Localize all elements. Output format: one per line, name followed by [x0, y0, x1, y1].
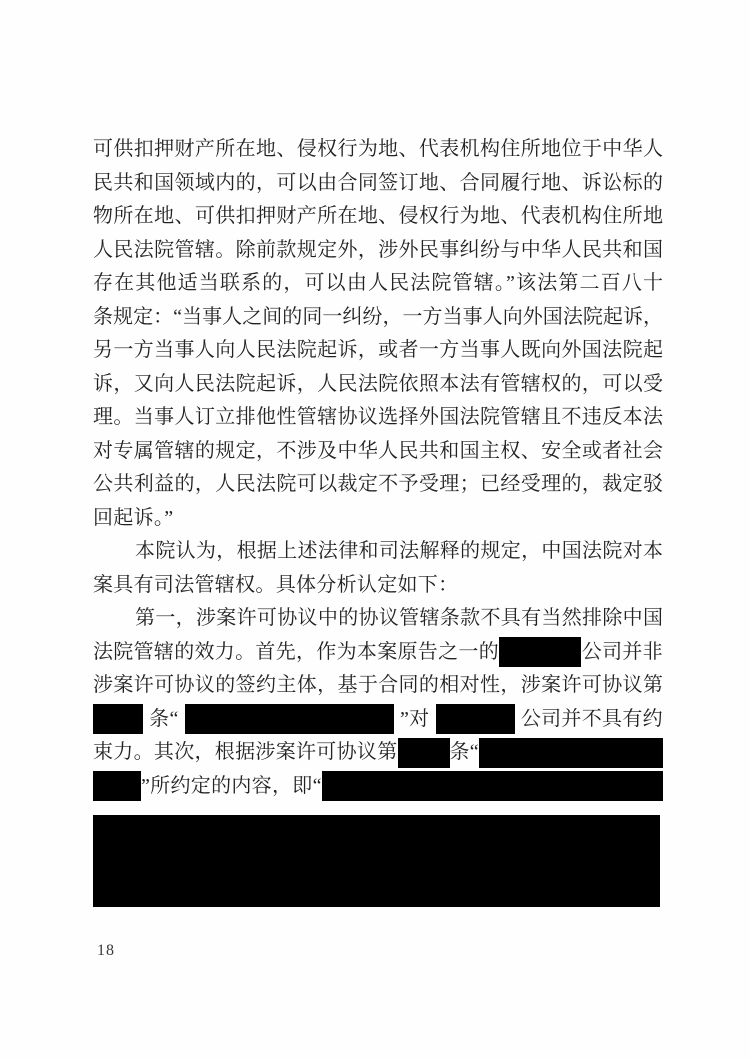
- text-line: 对专属管辖的规定，不涉及中华人民共和国主权、安全或者社会: [93, 435, 663, 469]
- redaction-box: [398, 738, 450, 768]
- text-segment: 存在其他适当联系的，可以由人民法院管辖。”该法第二百八十: [93, 272, 663, 294]
- text-line: 物所在地、可供扣押财产所在地、侵权行为地、代表机构住所地: [93, 200, 663, 234]
- text-segment: 物所在地、可供扣押财产所在地、侵权行为地、代表机构住所地: [93, 205, 663, 227]
- text-line: 存在其他适当联系的，可以由人民法院管辖。”该法第二百八十: [93, 267, 663, 301]
- text-line: 本院认为，根据上述法律和司法解释的规定，中国法院对本: [93, 535, 663, 569]
- text-line: 人民法院管辖。除前款规定外，涉外民事纠纷与中华人民共和国: [93, 234, 663, 268]
- redaction-box: [499, 637, 581, 667]
- page-number: 18: [97, 940, 115, 962]
- redaction-block: [93, 815, 660, 907]
- text-segment: 第一，涉案许可协议中的协议管辖条款不具有当然排除中国: [135, 607, 663, 629]
- text-segment: 另一方当事人向人民法院起诉，或者一方当事人既向外国法院起: [93, 339, 663, 361]
- text-line: 涉案许可协议的签约主体，基于合同的相对性，涉案许可协议第: [93, 669, 663, 703]
- text-line: 另一方当事人向人民法院起诉，或者一方当事人既向外国法院起: [93, 334, 663, 368]
- text-line: 束力。其次，根据涉案许可协议第条“: [93, 736, 663, 770]
- redaction-box: [93, 771, 141, 801]
- text-line: 可供扣押财产所在地、侵权行为地、代表机构住所地位于中华人: [93, 133, 663, 167]
- text-segment: 本院认为，根据上述法律和司法解释的规定，中国法院对本: [135, 540, 663, 562]
- text-line: 诉，又向人民法院起诉，人民法院依照本法有管辖权的，可以受: [93, 368, 663, 402]
- text-segment: 条“: [450, 736, 479, 770]
- text-segment: ”对: [400, 703, 429, 737]
- redaction-box: [322, 771, 663, 801]
- text-segment: 民共和国领域内的，可以由合同签订地、合同履行地、诉讼标的: [93, 172, 663, 194]
- text-segment: 公司并不具有约: [521, 703, 663, 737]
- redaction-box: [185, 704, 394, 734]
- text-line: 公共利益的，人民法院可以裁定不予受理；已经受理的，裁定驳: [93, 468, 663, 502]
- redaction-box: [93, 704, 143, 734]
- text-segment: 可供扣押财产所在地、侵权行为地、代表机构住所地位于中华人: [93, 138, 663, 160]
- text-segment: 人民法院管辖。除前款规定外，涉外民事纠纷与中华人民共和国: [93, 239, 663, 261]
- text-line: 案具有司法管辖权。具体分析认定如下：: [93, 569, 663, 603]
- body-text-block: 可供扣押财产所在地、侵权行为地、代表机构住所地位于中华人民共和国领域内的，可以由…: [93, 133, 663, 803]
- text-segment: 对专属管辖的规定，不涉及中华人民共和国主权、安全或者社会: [93, 440, 663, 462]
- text-segment: 诉，又向人民法院起诉，人民法院依照本法有管辖权的，可以受: [93, 373, 663, 395]
- text-segment: 束力。其次，根据涉案许可协议第: [93, 736, 398, 770]
- text-line: ”所约定的内容，即“: [93, 770, 663, 804]
- text-line: 条“”对公司并不具有约: [93, 703, 663, 737]
- text-segment: ”所约定的内容，即“: [141, 770, 322, 804]
- text-line: 第一，涉案许可协议中的协议管辖条款不具有当然排除中国: [93, 602, 663, 636]
- text-segment: 理。当事人订立排他性管辖协议选择外国法院管辖且不违反本法: [93, 406, 663, 428]
- text-line: 民共和国领域内的，可以由合同签订地、合同履行地、诉讼标的: [93, 167, 663, 201]
- document-page: 可供扣押财产所在地、侵权行为地、代表机构住所地位于中华人民共和国领域内的，可以由…: [0, 0, 750, 1061]
- text-segment: 条规定：“当事人之间的同一纠纷，一方当事人向外国法院起诉，: [93, 306, 663, 328]
- text-segment: 公共利益的，人民法院可以裁定不予受理；已经受理的，裁定驳: [93, 473, 663, 495]
- text-line: 条规定：“当事人之间的同一纠纷，一方当事人向外国法院起诉，: [93, 301, 663, 335]
- text-line: 理。当事人订立排他性管辖协议选择外国法院管辖且不违反本法: [93, 401, 663, 435]
- text-segment: 案具有司法管辖权。具体分析认定如下：: [93, 574, 458, 596]
- text-segment: 条“: [149, 703, 178, 737]
- text-segment: 法院管辖的效力。首先，作为本案原告之一的: [93, 636, 499, 670]
- text-line: 回起诉。”: [93, 502, 663, 536]
- text-segment: 回起诉。”: [93, 507, 173, 529]
- redaction-box: [436, 704, 515, 734]
- redaction-box: [479, 738, 663, 768]
- text-segment: 涉案许可协议的签约主体，基于合同的相对性，涉案许可协议第: [93, 674, 663, 696]
- text-segment: 公司并非: [582, 636, 663, 670]
- text-line: 法院管辖的效力。首先，作为本案原告之一的公司并非: [93, 636, 663, 670]
